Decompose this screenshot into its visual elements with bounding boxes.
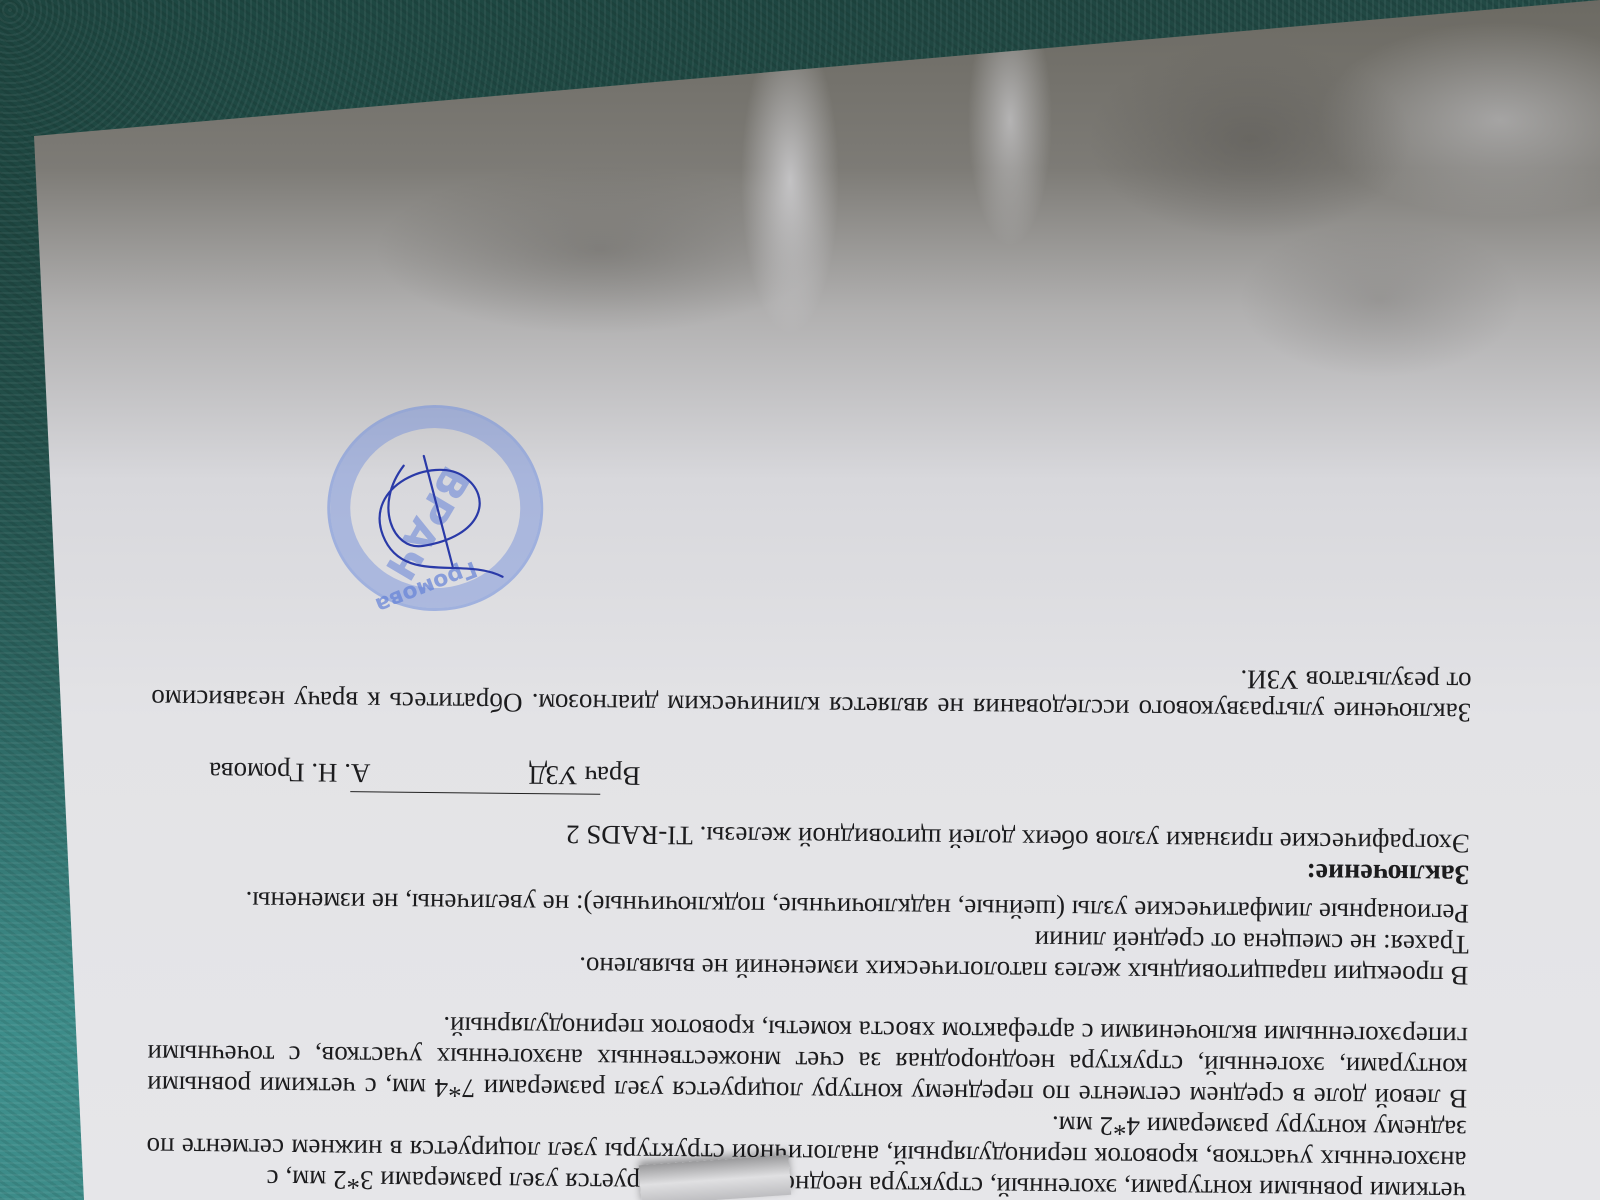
handwritten-signature — [352, 445, 524, 597]
signature-line — [350, 791, 600, 795]
doctor-role: Врач УЗД — [529, 759, 641, 791]
disclaimer: Заключение ультразвукового исследования … — [151, 652, 1472, 728]
ultrasound-report: четкими ровными контурами, эхогенный, ст… — [146, 433, 1474, 1200]
paragraph-left-lobe: В левой доле в среднем сегменте по перед… — [147, 1007, 1468, 1114]
stamp-center-text: ВРАЧ — [382, 462, 471, 584]
doctor-name: А. Н. Громова — [209, 756, 371, 789]
signature-row: Врач УЗД А. Н. Громова — [150, 742, 1471, 818]
stamp-ring-text: Громова — [371, 553, 482, 621]
